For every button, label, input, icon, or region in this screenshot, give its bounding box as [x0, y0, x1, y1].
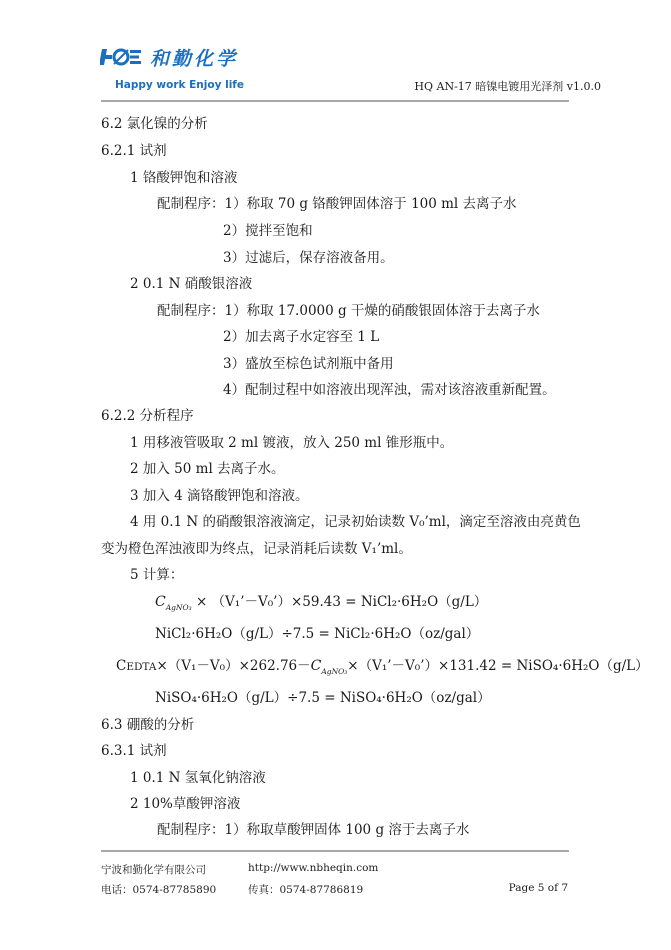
procedure-step: 2）加去离子水定容至 1 L — [223, 325, 379, 345]
procedure-step: 配制程序：1）称取草酸钾固体 100 g 溶于去离子水 — [157, 818, 469, 838]
procedure-step: 3）过滤后，保存溶液备用。 — [223, 246, 394, 266]
formula-niso4-gl: CEDTA×（V₁－V₀）×262.76－CAgNO₃×（V₁’－V₀’）×13… — [116, 654, 649, 676]
fax-number: 传真：0574-87786819 — [248, 882, 363, 897]
formula-niso4-ozgal: NiSO₄·6H₂O（g/L）÷7.5 = NiSO₄·6H₂O（oz/gal） — [155, 686, 491, 706]
procedure-step: 3）盛放至棕色试剂瓶中备用 — [223, 352, 394, 372]
subsection-heading-6-2-2: 6.2.2 分析程序 — [101, 404, 194, 424]
analysis-step-4: 4 用 0.1 N 的硝酸银溶液滴定，记录初始读数 V₀’ml，滴定至溶液由亮黄… — [130, 510, 581, 530]
formula-nicl2-ozgal: NiCl₂·6H₂O（g/L）÷7.5 = NiCl₂·6H₂O（oz/gal） — [155, 622, 479, 642]
analysis-step-2: 2 加入 50 ml 去离子水。 — [130, 457, 285, 477]
reagent-item-2: 2 0.1 N 硝酸银溶液 — [130, 272, 252, 292]
subsection-heading-6-3-1: 6.3.1 试剂 — [101, 739, 167, 759]
procedure-step: 配制程序：1）称取 17.0000 g 干燥的硝酸银固体溶于去离子水 — [157, 299, 540, 319]
company-logo-text: 和勤化学 — [150, 44, 238, 71]
procedure-step: 2）搅拌至饱和 — [223, 219, 313, 239]
formula-nicl2-gl: CAgNO₃ × （V₁’－V₀’）×59.43 = NiCl₂·6H₂O（g/… — [155, 590, 487, 612]
reagent-item-2: 2 10%草酸钾溶液 — [130, 792, 240, 812]
analysis-step-5: 5 计算： — [130, 563, 183, 583]
page-number: Page 5 of 7 — [509, 882, 568, 894]
header-divider — [101, 100, 569, 102]
company-tagline: Happy work Enjoy life — [115, 79, 244, 91]
section-heading-6-3: 6.3 硼酸的分析 — [101, 713, 194, 733]
company-logo-icon — [100, 47, 142, 67]
reagent-item-1: 1 0.1 N 氢氧化钠溶液 — [130, 766, 266, 786]
procedure-step: 4）配制过程中如溶液出现浑浊，需对该溶液重新配置。 — [223, 378, 556, 398]
procedure-step: 配制程序：1）称取 70 g 铬酸钾固体溶于 100 ml 去离子水 — [157, 192, 517, 212]
analysis-step-4-continued: 变为橙色浑浊液即为终点，记录消耗后读数 V₁’ml。 — [101, 537, 412, 557]
analysis-step-3: 3 加入 4 滴铬酸钾饱和溶液。 — [130, 484, 309, 504]
company-website-link[interactable]: http://www.nbheqin.com — [248, 862, 378, 874]
analysis-step-1: 1 用移液管吸取 2 ml 镀液，放入 250 ml 锥形瓶中。 — [130, 431, 453, 451]
footer-divider — [101, 850, 569, 852]
reagent-item-1: 1 铬酸钾饱和溶液 — [130, 166, 237, 186]
section-heading-6-2: 6.2 氯化镍的分析 — [101, 112, 208, 132]
company-name: 宁波和勤化学有限公司 — [101, 862, 206, 877]
phone-number: 电话：0574-87785890 — [101, 882, 216, 897]
subsection-heading-6-2-1: 6.2.1 试剂 — [101, 139, 167, 159]
document-title: HQ AN-17 暗镍电镀用光泽剂 v1.0.0 — [414, 78, 601, 94]
